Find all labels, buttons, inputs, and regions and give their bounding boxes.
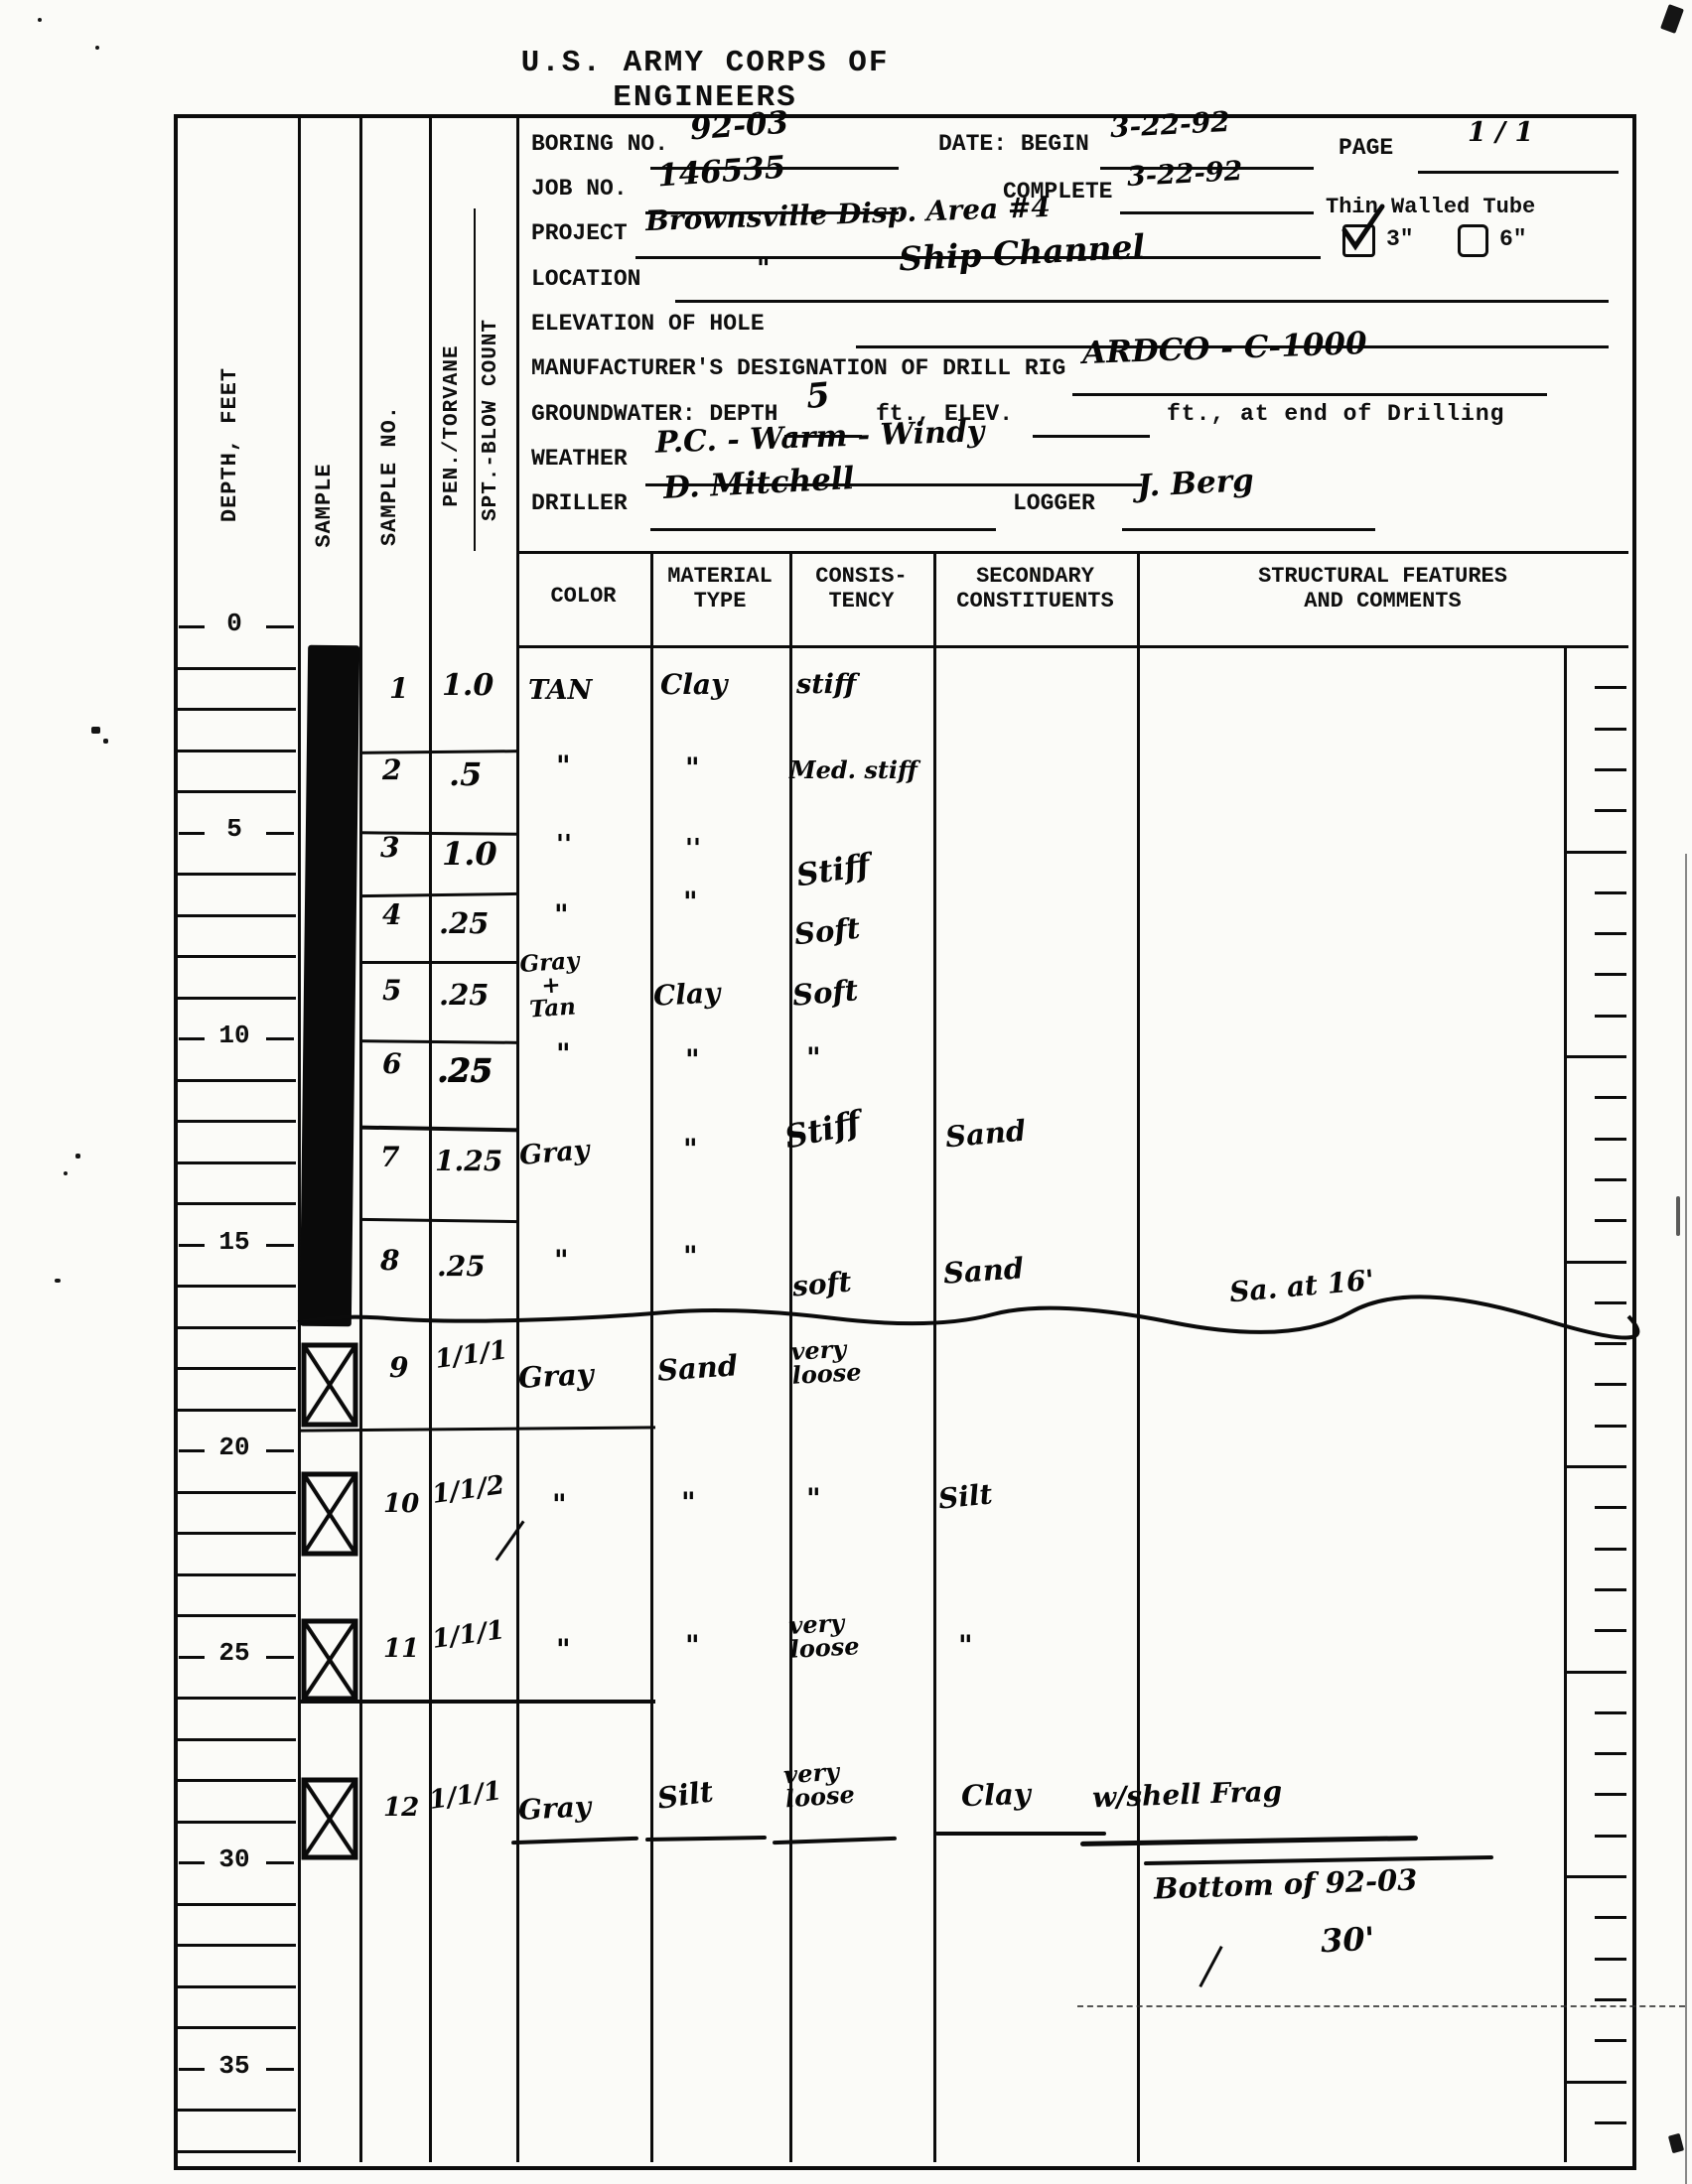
depth-ladder-line (178, 708, 296, 711)
depth-label-dash (179, 1244, 205, 1247)
scan-speck (91, 727, 100, 734)
right-ruler-major-tick (1566, 1055, 1626, 1058)
depth-ladder-line (178, 1985, 296, 1988)
depth-ladder-line (178, 1079, 296, 1082)
sample-no: 3 (380, 834, 399, 862)
right-ruler-minor-tick (1595, 2121, 1626, 2124)
depth-ladder-line (178, 1697, 296, 1700)
sample-no-column-label: SAMPLE NO. (377, 366, 411, 585)
consistency-column-header: CONSIS- TENCY (789, 564, 933, 614)
secondary-value: Sand (944, 1117, 1027, 1153)
material-value: Silt (655, 1777, 715, 1814)
boring-no-value: 92-03 (689, 108, 789, 146)
spt-sample-x-icon (301, 1471, 358, 1557)
right-ruler-minor-tick (1595, 932, 1626, 935)
scan-speck (38, 18, 42, 22)
consistency-value: Soft (793, 914, 862, 950)
depth-label-dash (266, 1861, 294, 1864)
right-ruler-major-tick (1566, 1671, 1626, 1674)
job-no-label: JOB NO. (531, 176, 628, 202)
sample-no: 10 (383, 1491, 419, 1517)
color-ditto-mark: " (554, 1247, 569, 1275)
color-ditto-mark: " (552, 1491, 567, 1519)
depth-ladder-line (178, 1326, 296, 1329)
consistency-ditto-mark: " (806, 1485, 821, 1513)
depth-label-35: 35 (207, 2051, 262, 2081)
scan-smudge (1660, 4, 1684, 34)
right-ruler-minor-tick (1595, 1506, 1626, 1509)
col-line-consistency (933, 551, 936, 2162)
scan-speck (55, 1279, 61, 1283)
color-value: Gray (517, 1360, 594, 1393)
right-ruler-minor-tick (1595, 768, 1626, 771)
logger-value: J. Berg (1136, 466, 1254, 502)
sample-no: 2 (382, 756, 401, 784)
depth-label-0: 0 (207, 609, 262, 638)
material-ditto-mark: " (685, 1046, 700, 1074)
col-line-right-ruler (1564, 645, 1567, 2162)
scan-speck (64, 1171, 68, 1175)
spt-sample-x-icon (301, 1342, 358, 1428)
scan-speck (103, 739, 108, 744)
location-label: LOCATION (531, 266, 640, 292)
handwritten-underline (935, 1832, 1106, 1836)
right-ruler-minor-tick (1595, 1629, 1626, 1632)
pen-torvane-value: 1.0 (442, 671, 493, 701)
pen-torvane-value: .25 (437, 1253, 486, 1281)
material-ditto-mark: " (681, 1489, 696, 1517)
depth-label-dash (179, 832, 205, 835)
consistency-value: Soft (791, 976, 859, 1011)
right-ruler-minor-tick (1595, 1793, 1626, 1796)
pen-torvane-value: 1.25 (435, 1148, 502, 1175)
sample-separator (298, 1700, 655, 1704)
right-ruler-minor-tick (1595, 809, 1626, 812)
right-ruler-minor-tick (1595, 1958, 1626, 1961)
depth-label-30: 30 (207, 1844, 262, 1874)
material-ditto-mark: " (683, 1136, 698, 1163)
underline (1033, 435, 1150, 438)
spt-sample-x-icon (301, 1777, 358, 1860)
depth-ladder-line (178, 2150, 296, 2153)
underline (675, 300, 1609, 303)
secondary-value: Clay (961, 1780, 1032, 1811)
depth-ladder-line (178, 955, 296, 958)
consistency-value: stiff (796, 671, 856, 698)
underline (1072, 393, 1547, 396)
column-header-band-bottom-line (516, 645, 1628, 648)
material-ditto-mark: '' (685, 836, 701, 862)
color-value: Gray (517, 1793, 591, 1825)
page-value: 1 / 1 (1468, 119, 1533, 146)
right-ruler-minor-tick (1595, 1015, 1626, 1018)
right-ruler-minor-tick (1595, 728, 1626, 731)
col-line-pen (516, 114, 519, 2162)
color-ditto-mark: " (556, 752, 571, 780)
consistency-value: very loose (782, 1759, 855, 1812)
depth-label-15: 15 (207, 1227, 262, 1257)
sample-no: 11 (383, 1636, 419, 1662)
right-ruler-minor-tick (1595, 1342, 1626, 1345)
depth-ladder-line (178, 1821, 296, 1824)
page-title: U.S. ARMY CORPS OF ENGINEERS (467, 46, 943, 115)
right-ruler-minor-tick (1595, 891, 1626, 894)
depth-label-dash (179, 1037, 205, 1040)
depth-label-dash (266, 832, 294, 835)
consistency-value: soft (791, 1268, 853, 1300)
secondary-value: Sand (942, 1254, 1025, 1289)
depth-ladder-line (178, 873, 296, 876)
depth-label-dash (179, 1861, 205, 1864)
material-value: Clay (652, 979, 721, 1010)
logger-label: LOGGER (1013, 490, 1095, 516)
depth-ladder-line (178, 1944, 296, 1947)
depth-ladder-line (178, 1202, 296, 1205)
header-box-bottom-line (516, 551, 1628, 554)
color-value: Gray (518, 1137, 591, 1169)
tube-6in-checkbox (1458, 224, 1488, 257)
depth-label-dash (179, 1656, 205, 1659)
color-ditto-mark: " (556, 1636, 571, 1664)
depth-label-dash (266, 1244, 294, 1247)
groundwater-depth-value: 5 (805, 378, 832, 414)
sample-no: 7 (380, 1144, 399, 1171)
pen-torvane-value: 1.0 (442, 838, 497, 870)
scan-speck (75, 1154, 80, 1159)
depth-label-5: 5 (207, 814, 262, 844)
drill-rig-label: MANUFACTURER'S DESIGNATION OF DRILL RIG (531, 355, 1065, 381)
sample-no: 9 (389, 1354, 408, 1382)
depth-ladder-line (178, 1779, 296, 1782)
right-ruler-minor-tick (1595, 2039, 1626, 2042)
scan-smudge (1668, 2133, 1684, 2153)
scan-artifact-dashed-line (1077, 2005, 1685, 2007)
depth-label-dash (266, 1656, 294, 1659)
right-ruler-minor-tick (1595, 1588, 1626, 1591)
material-ditto-mark: " (683, 888, 698, 916)
material-value: Sand (656, 1351, 739, 1386)
depth-ladder-line (178, 1903, 296, 1906)
depth-ladder-line (178, 1573, 296, 1576)
color-value: TAN (528, 677, 592, 704)
depth-label-dash (179, 1449, 205, 1452)
depth-label-dash (266, 625, 294, 628)
col-line-secondary (1137, 551, 1140, 2162)
depth-ladder-line (178, 1491, 296, 1494)
col-line-color (650, 551, 653, 2162)
sample-column-label: SAMPLE (312, 426, 346, 585)
right-ruler-minor-tick (1595, 1835, 1626, 1838)
pen-torvane-value: .25 (437, 1054, 493, 1086)
job-no-value: 146535 (656, 153, 786, 193)
color-ditto-mark: " (556, 1040, 571, 1068)
col-line-sample-no (429, 114, 432, 2162)
tube-6in-label: 6" (1499, 226, 1527, 252)
location-ditto-mark: " (757, 256, 771, 282)
underline (1120, 211, 1314, 214)
sample-no: 8 (380, 1247, 399, 1275)
right-ruler-minor-tick (1595, 1219, 1626, 1222)
underline (650, 528, 996, 531)
right-ruler-minor-tick (1595, 1916, 1626, 1919)
sample-no: 6 (382, 1050, 401, 1078)
sample-no: 4 (382, 901, 401, 929)
secondary-constituents-column-header: SECONDARY CONSTITUENTS (933, 564, 1137, 614)
right-ruler-major-tick (1566, 1875, 1626, 1878)
depth-ladder-line (178, 2109, 296, 2112)
structural-features-column-header: STRUCTURAL FEATURES AND COMMENTS (1137, 564, 1628, 614)
depth-ladder-line (178, 914, 296, 917)
page-edge-artifact-line (1685, 854, 1687, 2184)
depth-ladder-line (178, 1120, 296, 1123)
depth-ladder-line (178, 1532, 296, 1535)
stratum-change-wavy-line (298, 1302, 1628, 1336)
depth-label-dash (266, 1037, 294, 1040)
right-ruler-major-tick (1566, 851, 1626, 854)
consistency-ditto-mark: " (806, 1044, 821, 1072)
right-ruler-major-tick (1566, 1465, 1626, 1468)
pen-torvane-value: .5 (449, 758, 482, 790)
continuous-sample-bar (300, 645, 359, 1327)
scan-smudge (1676, 1196, 1680, 1236)
depth-ladder-line (178, 1738, 296, 1741)
page-label: PAGE (1339, 135, 1393, 161)
right-ruler-minor-tick (1595, 1711, 1626, 1714)
project-label: PROJECT (531, 220, 628, 246)
driller-label: DRILLER (531, 490, 628, 516)
col-line-sample (359, 114, 362, 2162)
depth-label-dash (266, 2068, 294, 2071)
pen-spt-divider-line (474, 208, 476, 551)
sample-no: 1 (389, 675, 408, 703)
right-ruler-minor-tick (1595, 1383, 1626, 1386)
color-ditto-mark: " (554, 901, 569, 929)
right-ruler-minor-tick (1595, 1548, 1626, 1551)
material-type-column-header: MATERIAL TYPE (650, 564, 789, 614)
right-ruler-minor-tick (1595, 1301, 1626, 1304)
material-value: Clay (660, 671, 727, 699)
depth-ladder-line (178, 997, 296, 1000)
comments-value: w/shell Frag (1092, 1778, 1283, 1813)
depth-label-20: 20 (207, 1433, 262, 1462)
depth-ladder-line (178, 1367, 296, 1370)
color-value: Gray + Tan (519, 949, 584, 1022)
end-of-drilling-label: ft., at end of Drilling (1167, 401, 1504, 427)
pen-torvane-value: .25 (439, 909, 489, 938)
weather-label: WEATHER (531, 446, 628, 472)
pen-torvane-value: .25 (439, 981, 489, 1010)
depth-ladder-line (178, 790, 296, 793)
date-begin-value: 3-22-92 (1109, 108, 1230, 142)
depth-label-dash (179, 2068, 205, 2071)
right-ruler-minor-tick (1595, 1178, 1626, 1181)
depth-label-10: 10 (207, 1021, 262, 1050)
right-ruler-minor-tick (1595, 1138, 1626, 1141)
right-ruler-major-tick (1566, 1261, 1626, 1264)
check-icon (1337, 199, 1392, 254)
depth-label-dash (266, 1449, 294, 1452)
consistency-value: very loose (790, 1336, 862, 1388)
spt-sample-x-icon (301, 1618, 358, 1702)
underline (1418, 171, 1619, 174)
boring-log-scan: U.S. ARMY CORPS OF ENGINEERS BORING NO. … (0, 0, 1692, 2184)
right-ruler-minor-tick (1595, 1096, 1626, 1099)
tube-3in-label: 3" (1386, 226, 1414, 252)
secondary-value: Silt (937, 1480, 994, 1514)
depth-ladder-line (178, 750, 296, 752)
underline (1122, 528, 1375, 531)
date-complete-value: 3-22-92 (1126, 158, 1243, 191)
right-ruler-minor-tick (1595, 1752, 1626, 1755)
spt-blow-count-column-label: SPT.-BLOW COUNT (480, 241, 509, 599)
depth-ladder-line (178, 667, 296, 670)
sample-no: 12 (383, 1795, 419, 1821)
right-ruler-minor-tick (1595, 973, 1626, 976)
bottom-depth-note: 30' (1320, 1923, 1375, 1958)
material-ditto-mark: " (685, 754, 700, 782)
pen-torvane-column-label: PEN./TORVANE (441, 267, 471, 585)
elevation-label: ELEVATION OF HOLE (531, 311, 765, 337)
color-ditto-mark: '' (556, 832, 572, 858)
depth-ladder-line (178, 2026, 296, 2029)
scan-speck (95, 46, 99, 50)
color-column-header: COLOR (516, 584, 650, 609)
sample-separator (359, 961, 519, 964)
right-ruler-minor-tick (1595, 686, 1626, 689)
boring-no-label: BORING NO. (531, 131, 668, 157)
depth-label-dash (179, 625, 205, 628)
depth-ladder-line (178, 1285, 296, 1288)
right-ruler-minor-tick (1595, 1998, 1626, 2001)
right-ruler-major-tick (1566, 2081, 1626, 2084)
material-ditto-mark: " (685, 1632, 700, 1660)
material-ditto-mark: " (683, 1243, 698, 1271)
consistency-value: Med. stiff (789, 758, 917, 782)
depth-ladder-line (178, 1614, 296, 1617)
depth-ladder-line (178, 1161, 296, 1164)
sample-no: 5 (382, 977, 401, 1005)
right-ruler-minor-tick (1595, 1425, 1626, 1428)
secondary-ditto-mark: " (958, 1632, 973, 1660)
consistency-value: very loose (788, 1610, 860, 1662)
depth-feet-column-label: DEPTH, FEET (217, 316, 253, 574)
date-begin-label: DATE: BEGIN (938, 131, 1089, 157)
right-ruler-major-tick (1566, 645, 1626, 648)
depth-ladder-line (178, 1409, 296, 1412)
depth-label-25: 25 (207, 1638, 262, 1668)
